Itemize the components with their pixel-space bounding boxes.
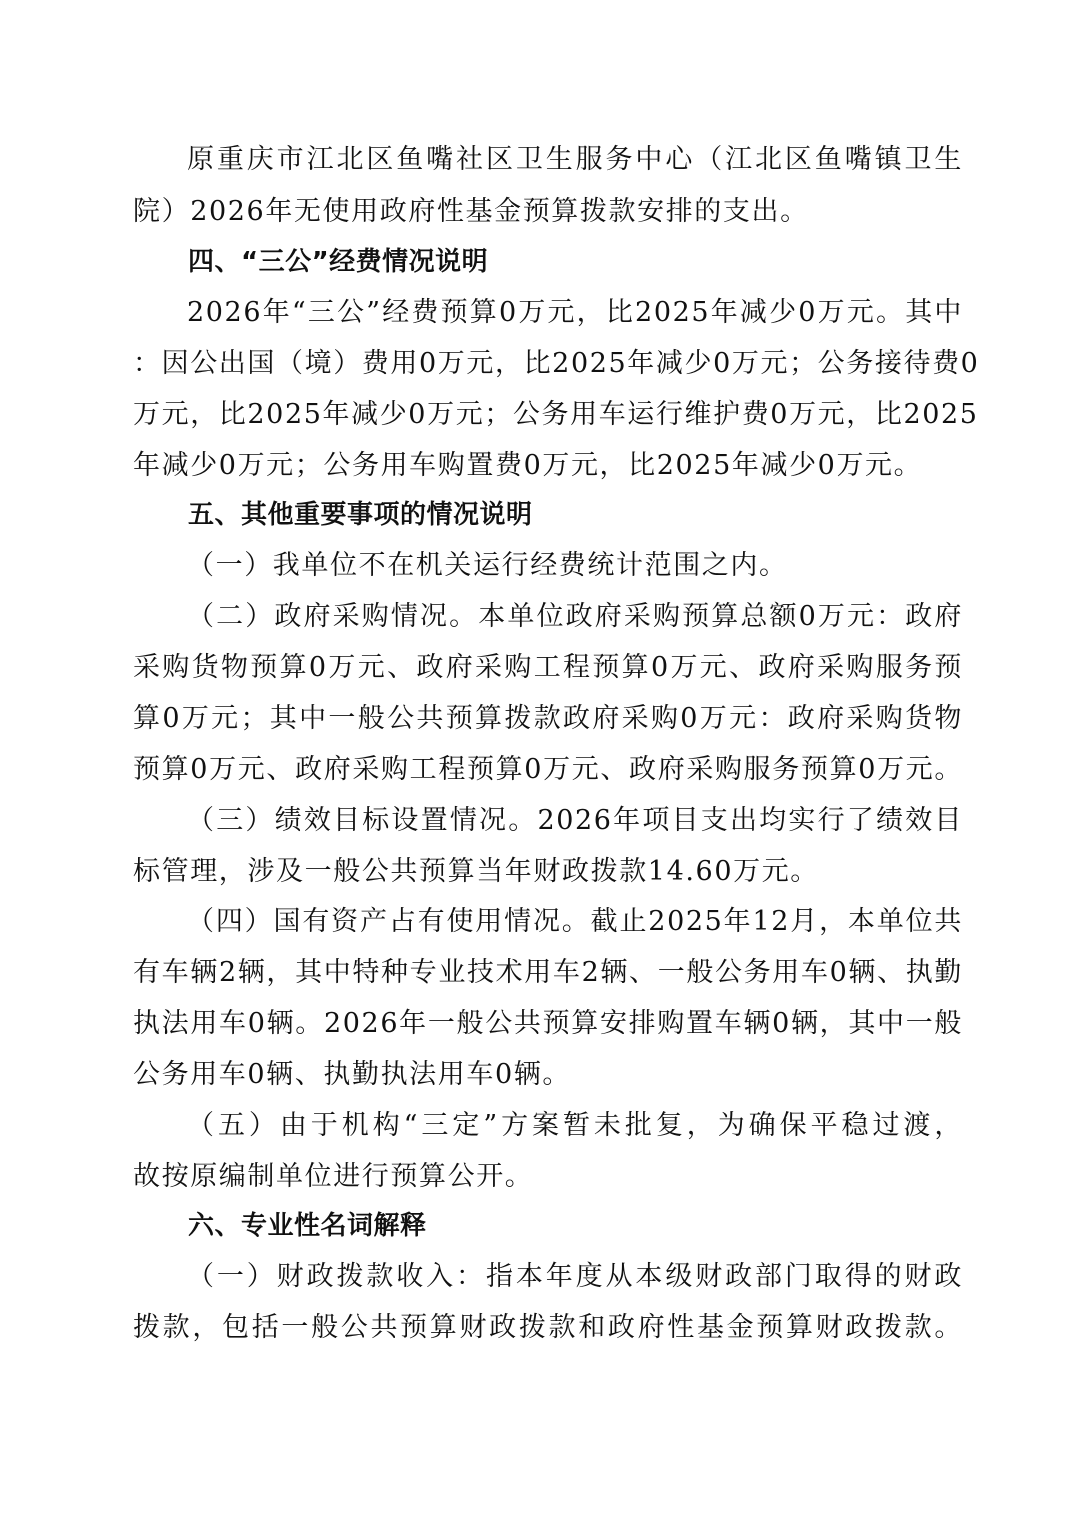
paragraph-line: 采购货物预算0万元、政府采购工程预算0万元、政府采购服务预 — [133, 650, 963, 686]
paragraph-line: 原重庆市江北区鱼嘴社区卫生服务中心（江北区鱼嘴镇卫生 — [187, 142, 963, 178]
paragraph-line: （三）绩效目标设置情况。2026年项目支出均实行了绩效目 — [187, 803, 963, 839]
paragraph-line: ：因公出国（境）费用0万元，比2025年减少0万元；公务接待费0 — [133, 346, 963, 382]
paragraph-line: 年减少0万元；公务用车购置费0万元，比2025年减少0万元。 — [133, 448, 963, 484]
paragraph-line: （四）国有资产占有使用情况。截止2025年12月，本单位共 — [187, 904, 963, 940]
paragraph-line: （一）财政拨款收入：指本年度从本级财政部门取得的财政 — [187, 1259, 963, 1295]
document-page: 原重庆市江北区鱼嘴社区卫生服务中心（江北区鱼嘴镇卫生 院）2026年无使用政府性… — [0, 0, 1074, 1520]
paragraph-line: 院）2026年无使用政府性基金预算拨款安排的支出。 — [133, 194, 963, 230]
paragraph-line: （一）我单位不在机关运行经费统计范围之内。 — [187, 548, 963, 584]
section-heading-five: 五、其他重要事项的情况说明 — [188, 497, 533, 533]
paragraph-line: 有车辆2辆，其中特种专业技术用车2辆、一般公务用车0辆、执勤 — [133, 955, 963, 991]
paragraph-line: 执法用车0辆。2026年一般公共预算安排购置车辆0辆，其中一般 — [133, 1006, 963, 1042]
paragraph-line: 标管理，涉及一般公共预算当年财政拨款14.60万元。 — [133, 854, 963, 890]
paragraph-line: 预算0万元、政府采购工程预算0万元、政府采购服务预算0万元。 — [133, 752, 963, 788]
paragraph-line: 拨款，包括一般公共预算财政拨款和政府性基金预算财政拨款。 — [133, 1310, 963, 1346]
section-heading-four: 四、“三公”经费情况说明 — [188, 244, 488, 280]
paragraph-line: 算0万元；其中一般公共预算拨款政府采购0万元：政府采购货物 — [133, 701, 963, 737]
paragraph-line: （二）政府采购情况。本单位政府采购预算总额0万元：政府 — [187, 599, 963, 635]
section-heading-six: 六、专业性名词解释 — [188, 1208, 427, 1244]
paragraph-line: 2026年“三公”经费预算0万元，比2025年减少0万元。其中 — [187, 295, 963, 331]
paragraph-line: （五）由于机构“三定”方案暂未批复，为确保平稳过渡， — [187, 1108, 963, 1144]
paragraph-line: 万元，比2025年减少0万元；公务用车运行维护费0万元，比2025 — [133, 397, 963, 433]
paragraph-line: 故按原编制单位进行预算公开。 — [133, 1159, 963, 1195]
paragraph-line: 公务用车0辆、执勤执法用车0辆。 — [133, 1057, 963, 1093]
